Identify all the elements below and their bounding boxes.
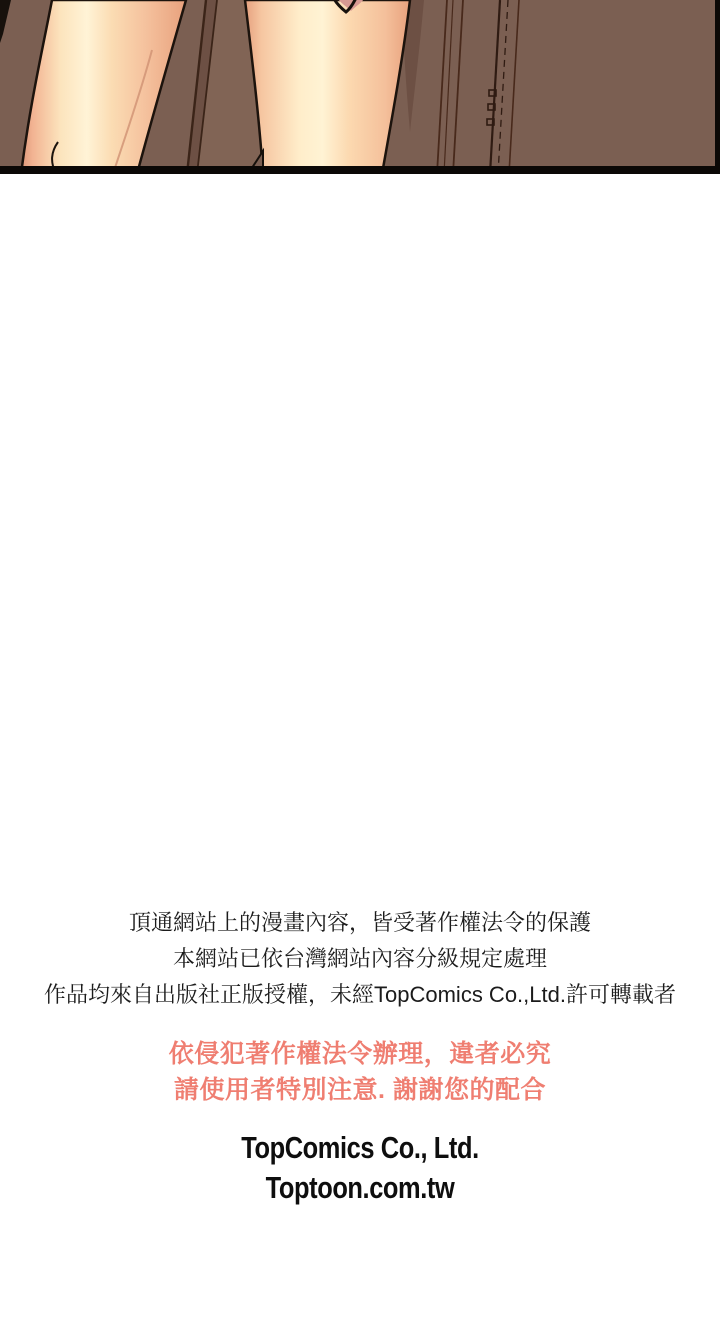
copyright-notice: 頂通網站上的漫畫內容，皆受著作權法令的保護 本網站已依台灣網站內容分級規定處理 …: [0, 905, 720, 1013]
webtoon-page-end: 頂通網站上的漫畫內容，皆受著作權法令的保護 本網站已依台灣網站內容分級規定處理 …: [0, 0, 720, 1336]
right-leg: [245, 0, 410, 174]
comic-panel-image: [0, 0, 720, 174]
warning-line-2: 請使用者特別注意. 謝謝您的配合: [0, 1072, 720, 1108]
company-name: TopComics Co., Ltd.: [65, 1128, 655, 1168]
copyright-line-1: 頂通網站上的漫畫內容，皆受著作權法令的保護: [0, 905, 720, 941]
comic-panel: [0, 0, 720, 174]
panel-bottom-border: [0, 166, 720, 174]
website-url: Toptoon.com.tw: [65, 1168, 655, 1208]
copyright-line-3: 作品均來自出版社正版授權，未經TopComics Co.,Ltd.許可轉載者: [0, 977, 720, 1013]
warning-line-1: 依侵犯著作權法令辦理，違者必究: [0, 1036, 720, 1072]
panel-right-border: [715, 0, 720, 174]
publisher-footer: TopComics Co., Ltd. Toptoon.com.tw: [0, 1128, 720, 1208]
piracy-warning: 依侵犯著作權法令辦理，違者必究 請使用者特別注意. 謝謝您的配合: [0, 1036, 720, 1108]
copyright-line-2: 本網站已依台灣網站內容分級規定處理: [0, 941, 720, 977]
